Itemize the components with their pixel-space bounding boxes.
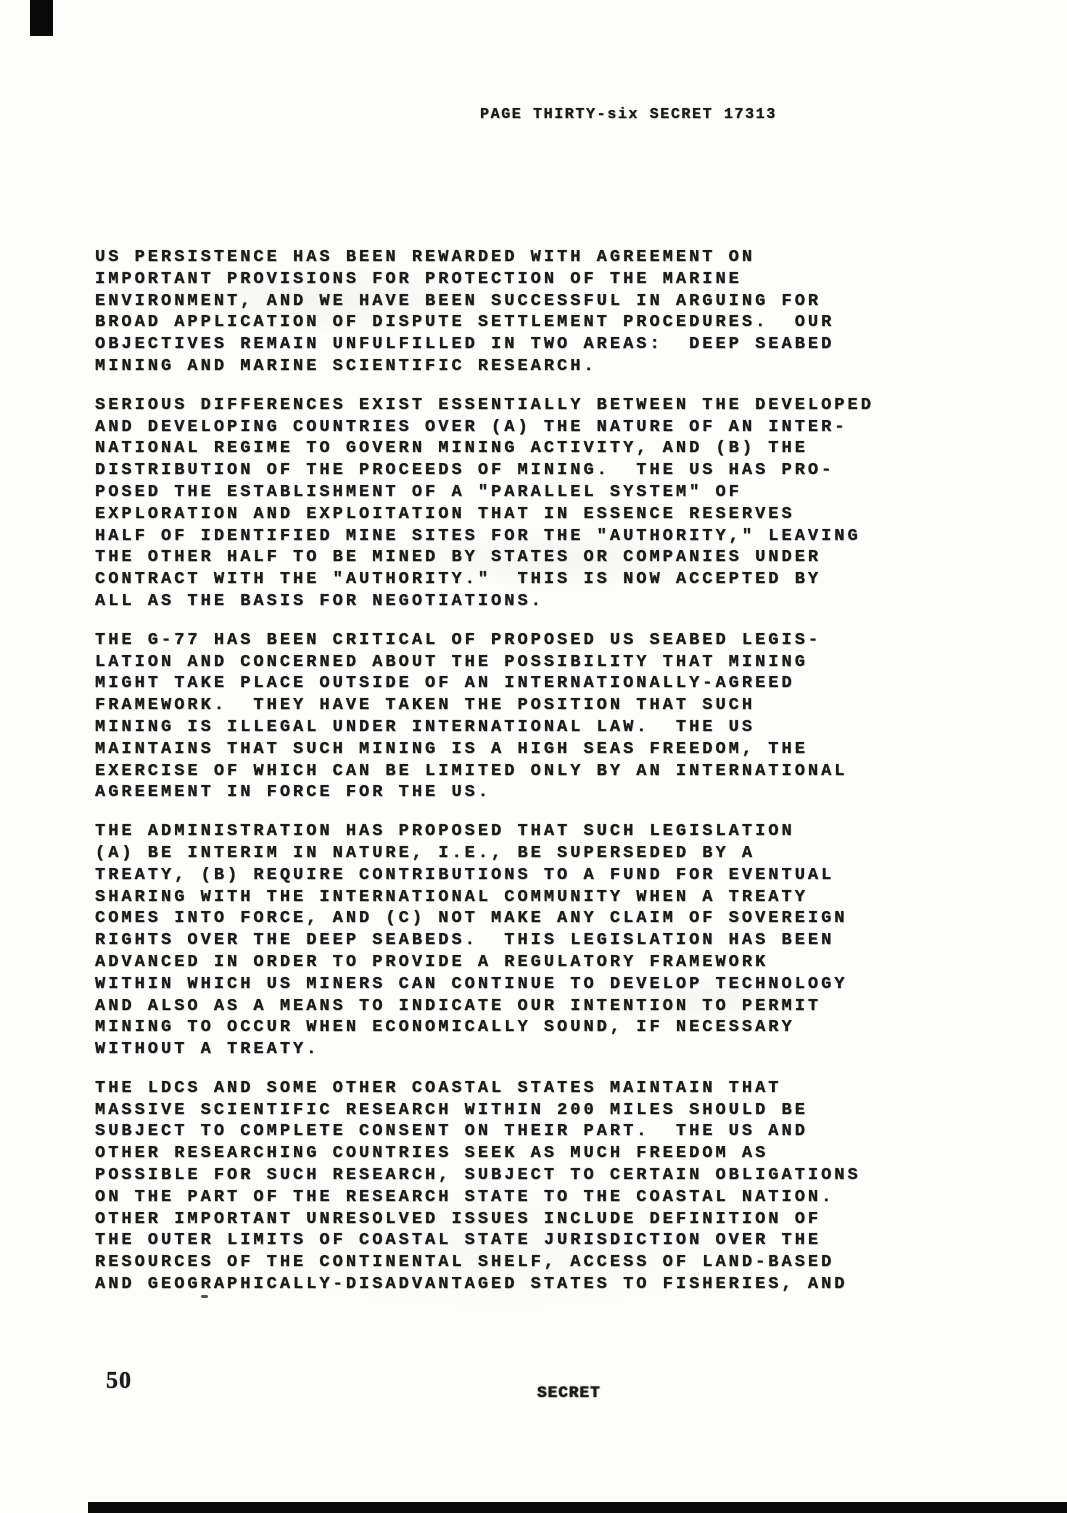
classification-stamp: SECRET: [537, 1384, 601, 1402]
scan-artifact-dot: [201, 1295, 208, 1298]
page-number: 50: [106, 1368, 132, 1395]
paragraph-ldcs-research: THE LDCS AND SOME OTHER COASTAL STATES M…: [95, 1078, 925, 1296]
paragraph-us-persistence: US PERSISTENCE HAS BEEN REWARDED WITH AG…: [95, 247, 925, 378]
scanned-document-page: PAGE THIRTY-six SECRET 17313 US PERSISTE…: [0, 0, 1067, 1513]
paragraph-serious-differences: SERIOUS DIFFERENCES EXIST ESSENTIALLY BE…: [95, 395, 925, 613]
paragraph-administration-proposal: THE ADMINISTRATION HAS PROPOSED THAT SUC…: [95, 821, 925, 1061]
page-header-classification: PAGE THIRTY-six SECRET 17313: [480, 106, 777, 123]
scan-artifact-bottom-bar: [88, 1502, 1067, 1513]
document-body: US PERSISTENCE HAS BEEN REWARDED WITH AG…: [95, 247, 925, 1313]
scan-artifact-top-left: [30, 0, 53, 36]
paragraph-g77-criticism: THE G-77 HAS BEEN CRITICAL OF PROPOSED U…: [95, 630, 925, 804]
